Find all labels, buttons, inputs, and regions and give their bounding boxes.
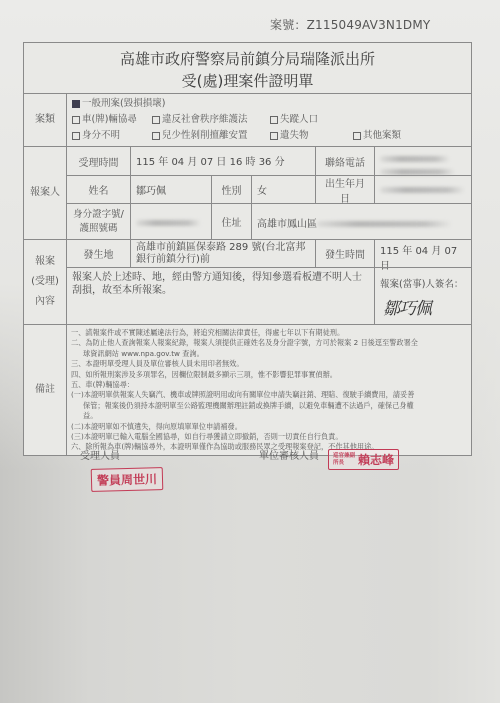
redacted-dob (380, 187, 465, 193)
office-title: 高雄市政府警察局前鎮分局瑞隆派出所 (24, 43, 471, 69)
signature-box: 報案(當事)人簽名： 鄒巧佩 (374, 268, 471, 324)
dob-value (374, 176, 471, 203)
reviewer-label: 單位審核人員 (259, 447, 319, 462)
phone-value (374, 147, 471, 175)
received-time-value: 115 年 04 月 07 日 16 時 36 分 (130, 147, 315, 175)
id-label: 身分證字號/ 護照號碼 (67, 204, 130, 239)
report-section: 報案 (受理) 內容 發生地 高雄市前鎮區保泰路 289 號(台北富邦銀行前鎮分… (24, 240, 471, 325)
checkbox-social-order[interactable]: 違反社會秩序維護法 (152, 112, 270, 128)
checkbox-icon (353, 132, 361, 140)
remarks-list: 一、謊報案件或不實陳述屬違法行為，將追究相關法律責任，得處七年以下有期徒刑。 二… (67, 325, 471, 455)
receiver-stamp: 警員周世川 (91, 467, 164, 492)
redacted-phone (380, 169, 455, 175)
reviewer-stamp: 巡官兼副所長 賴志峰 (328, 449, 399, 470)
reporter-section: 報案人 受理時間 115 年 04 月 07 日 16 時 36 分 聯絡電話 … (24, 147, 471, 240)
gender-value: 女 (251, 176, 315, 203)
reviewer-stamp-name: 賴志峰 (358, 451, 394, 468)
location-value: 高雄市前鎮區保泰路 289 號(台北富邦銀行前鎮分行)前 (130, 240, 315, 267)
checkbox-icon (152, 132, 160, 140)
checkbox-checked-icon (72, 100, 80, 108)
report-content: 報案人於上述時、地，經由警方通知後，得知參選看板遭不明人士刮損，故至本所報案。 (67, 268, 374, 324)
id-value (130, 204, 211, 239)
address-label: 住址 (211, 204, 251, 239)
checkbox-child-exploitation[interactable]: 兒少性剝削擅離安置 (152, 128, 270, 144)
remarks-label: 備註 (24, 325, 67, 455)
gender-label: 性別 (211, 176, 251, 203)
name-label: 姓名 (67, 176, 130, 203)
checkbox-lost-property[interactable]: 遺失物 (270, 128, 353, 144)
redacted-id (136, 220, 201, 226)
occurrence-time-label: 發生時間 (315, 240, 374, 267)
form-header: 高雄市政府警察局前鎮分局瑞隆派出所 受(處)理案件證明單 (24, 43, 471, 94)
redacted-phone (380, 156, 450, 162)
checkbox-icon (152, 116, 160, 124)
checkbox-other[interactable]: 其他案類 (353, 128, 401, 144)
checkbox-icon (270, 116, 278, 124)
checkbox-icon (72, 116, 80, 124)
location-label: 發生地 (67, 240, 130, 267)
phone-label: 聯絡電話 (315, 147, 374, 175)
signature-label: 報案(當事)人簽名： (380, 279, 463, 290)
remarks-section: 備註 一、謊報案件或不實陳述屬違法行為，將追究相關法律責任，得處七年以下有期徒刑… (24, 325, 471, 455)
certificate-form: 高雄市政府警察局前鎮分局瑞隆派出所 受(處)理案件證明單 案類 一般刑案(毀損損… (23, 42, 472, 456)
occurrence-time-value: 115 年 04 月 07 日 (374, 240, 471, 267)
checkbox-unknown-identity[interactable]: 身分不明 (72, 128, 152, 144)
checkbox-icon (270, 132, 278, 140)
checkbox-icon (72, 132, 80, 140)
reporter-label: 報案人 (24, 147, 67, 239)
checkbox-general-criminal[interactable]: 一般刑案(毀損損壞) (72, 96, 165, 112)
case-number: 案號：Z115049AV3N1DMY (270, 16, 430, 33)
form-title: 受(處)理案件證明單 (24, 71, 471, 91)
report-label: 報案 (受理) 內容 (24, 240, 67, 324)
case-type-label: 案類 (24, 94, 67, 146)
reviewer-stamp-title: 巡官兼副所長 (333, 453, 355, 467)
dob-label: 出生年月日 (315, 176, 374, 203)
address-value: 高雄市鳳山區 (251, 204, 471, 239)
name-value: 鄒巧佩 (130, 176, 211, 203)
case-type-options: 一般刑案(毀損損壞) 車(牌)輛協尋 違反社會秩序維護法 失蹤人口 身分不明 兒… (67, 94, 471, 146)
receiver-label: 受理人員 (80, 447, 120, 462)
received-time-label: 受理時間 (67, 147, 130, 175)
checkbox-vehicle-search[interactable]: 車(牌)輛協尋 (72, 112, 152, 128)
redacted-address (317, 221, 452, 227)
checkbox-missing-person[interactable]: 失蹤人口 (270, 112, 318, 128)
case-type-row: 案類 一般刑案(毀損損壞) 車(牌)輛協尋 違反社會秩序維護法 失蹤人口 身分不… (24, 94, 471, 147)
handwritten-signature: 鄒巧佩 (383, 294, 431, 319)
